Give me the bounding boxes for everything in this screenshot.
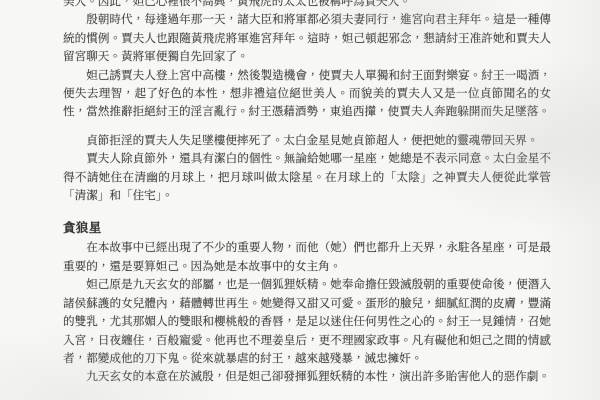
paragraph: 九天玄女的本意在於滅殷，但是妲己卻發揮狐狸妖精的本性，演出許多貽害他人的惡作劇。 [63,368,551,386]
section-untitled: 殷朝時代，每逢過年那一天，諸大臣和將軍都必須夫妻同行，進宮向君主拜年。這是一種傳… [63,11,551,205]
paragraph: 妲己原是九天玄女的部屬，也是一個狐狸妖精。她奉命擔任毀滅殷朝的重要使命後，便潛入… [63,276,551,368]
paragraph: 貞節拒淫的賈夫人失足墜樓便摔死了。太白金星見她貞節超人，便把她的靈魂帶回天界。 [63,132,551,150]
section-heading: 貪狼星 [63,219,551,237]
page-text-block: 美人。因此，妲己心裡很不高興，黃飛虎的太太也被稱呼為賈夫人。 殷朝時代，每逢過年… [63,0,551,387]
paragraph: 在本故事中已經出現了不少的重要人物，而他（她）們也都升上天界，永駐各星座，可是最… [63,239,551,276]
section-tanlang-star: 在本故事中已經出現了不少的重要人物，而他（她）們也都升上天界，永駐各星座，可是最… [63,239,551,386]
scanned-book-page: { "page": { "kind": "scanned-book-page",… [0,0,600,400]
paragraph: 殷朝時代，每逢過年那一天，諸大臣和將軍都必須夫妻同行，進宮向君主拜年。這是一種傳… [63,11,551,66]
paragraph: 妲己誘賈夫人登上宮中高樓，然後製造機會，使賈夫人單獨和紂王面對樂宴。紂王一喝酒，… [63,67,551,122]
book-page: 美人。因此，妲己心裡很不高興，黃飛虎的太太也被稱呼為賈夫人。 殷朝時代，每逢過年… [0,0,600,400]
continued-paragraph-fragment: 美人。因此，妲己心裡很不高興，黃飛虎的太太也被稱呼為賈夫人。 [63,0,551,11]
paragraph: 賈夫人除貞節外，還具有潔白的個性。無論給她哪一星座，她總是不表示同意。太白金星不… [63,150,551,205]
